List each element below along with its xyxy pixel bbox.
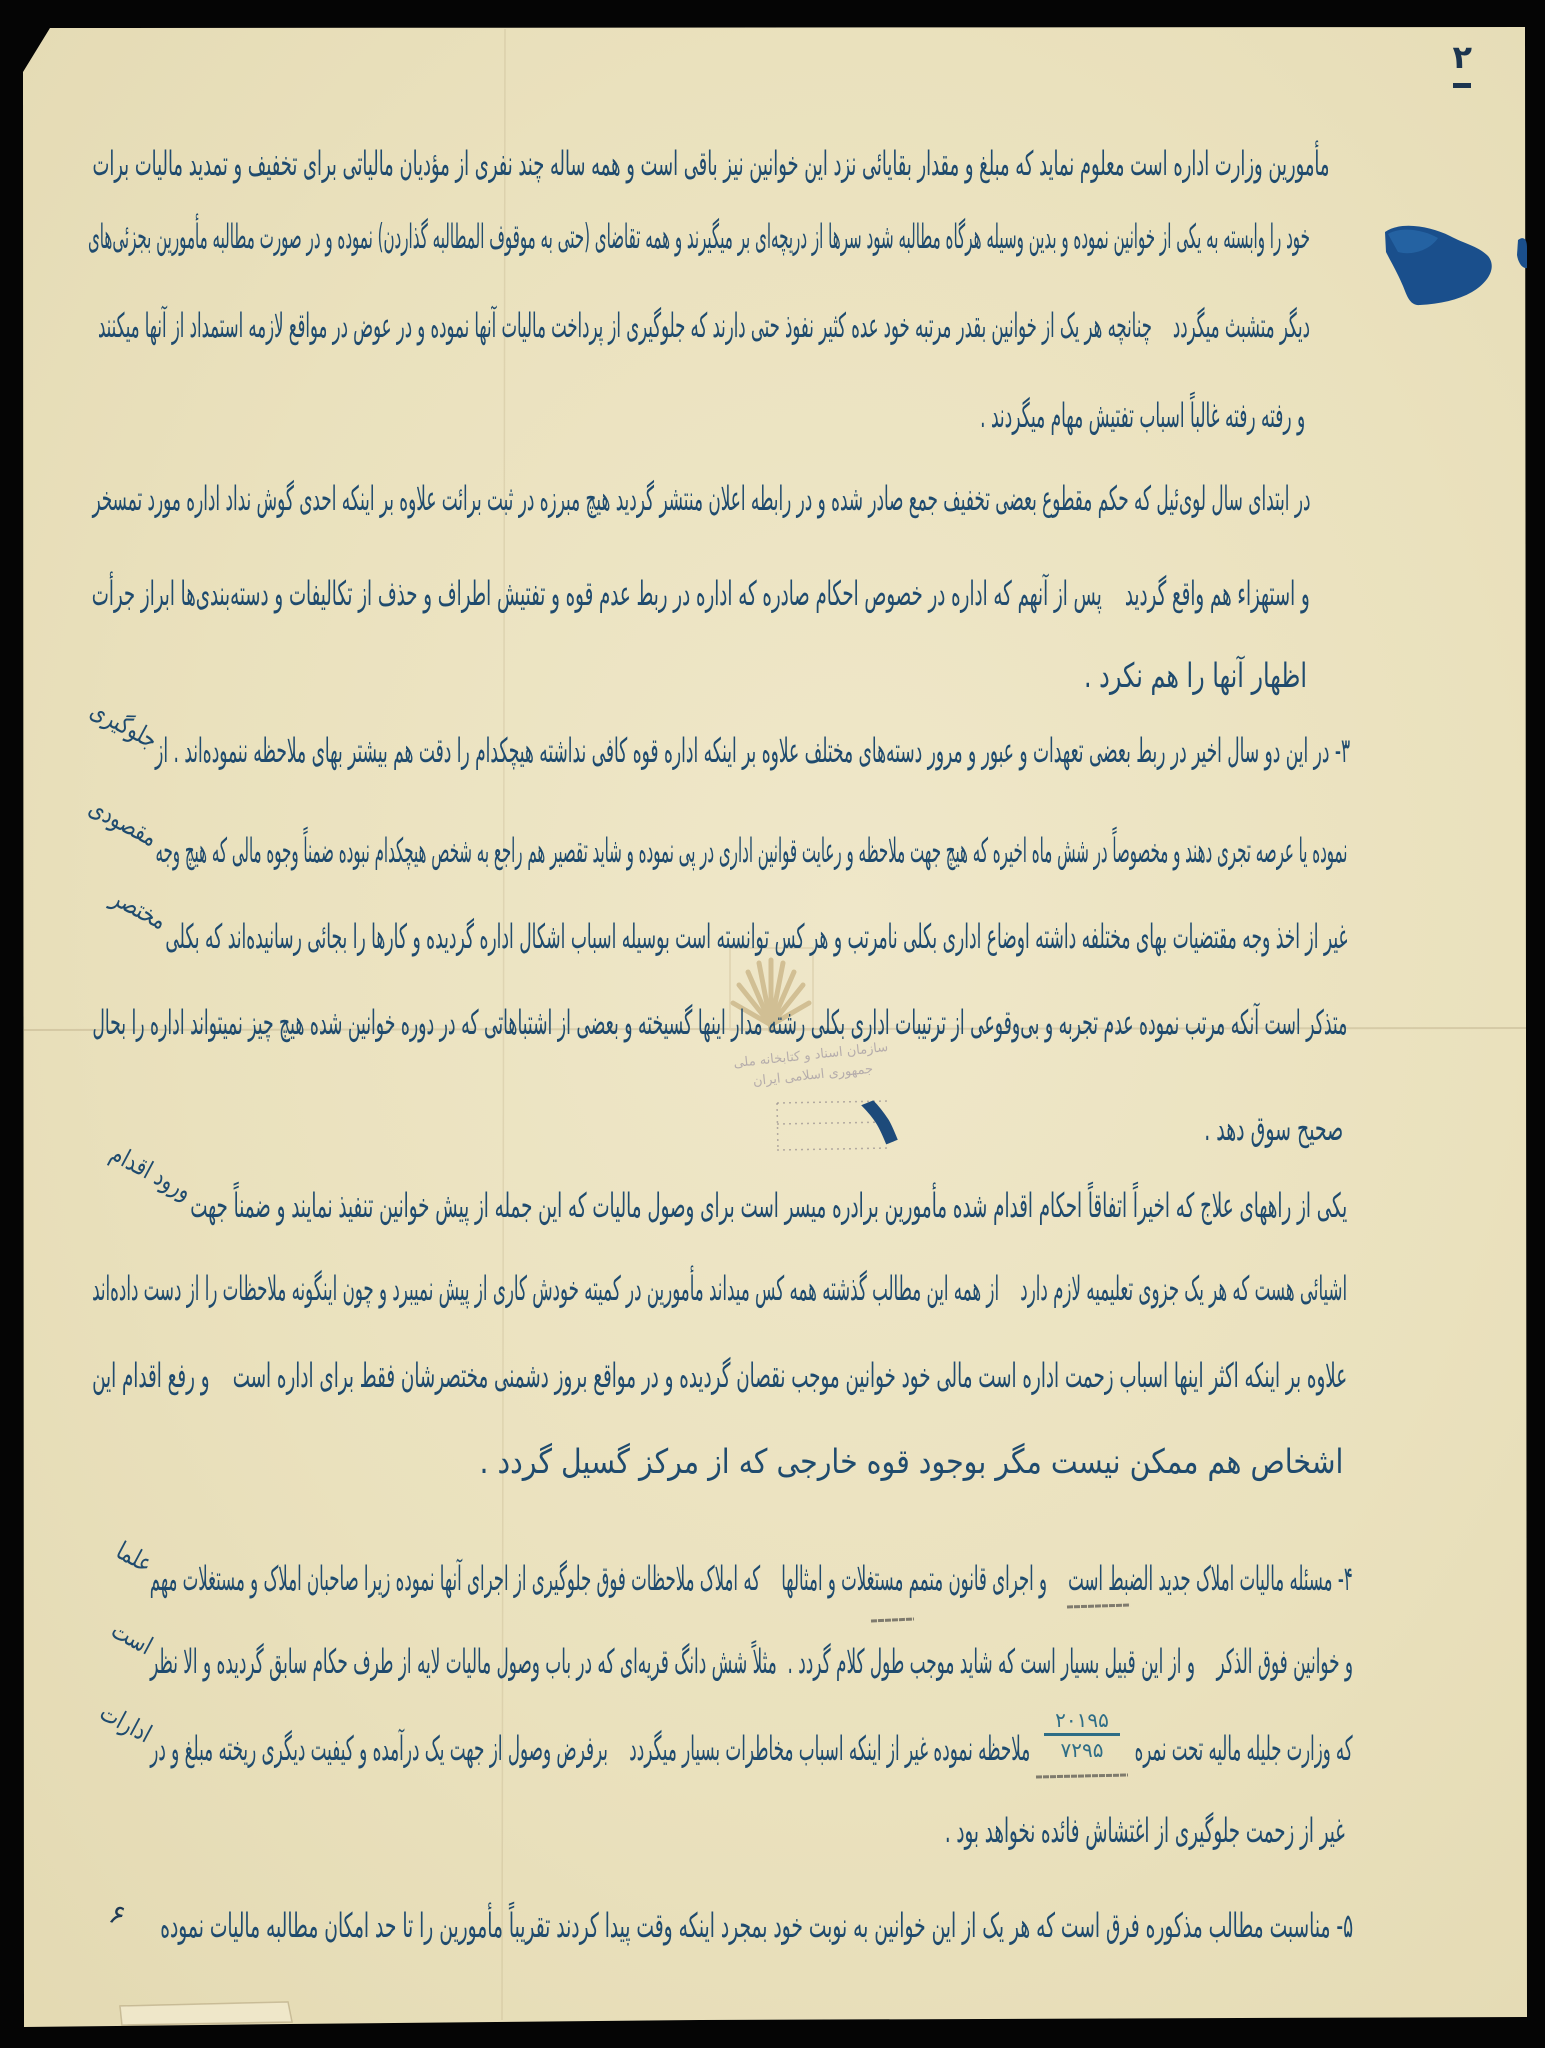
text-line: نموده یا عرصه تجری دهند و مخصوصاً در شش … bbox=[155, 822, 1347, 882]
text-line: اشخاص هم ممکن نیست مگر بوجود قوه خارجی ک… bbox=[479, 1433, 1343, 1493]
text-line: مأمورین وزارت اداره است معلوم نماید که م… bbox=[92, 135, 1329, 195]
scanned-page: ۲ مأمورین وزارت اداره است معلوم نماید که… bbox=[0, 0, 1545, 2048]
line-text: علاوه بر اینکه اکثر اینها اسباب زحمت ادا… bbox=[92, 1340, 1347, 1415]
text-line: و استهزاء هم واقع گردید پس از آنهم که اد… bbox=[92, 565, 1310, 625]
text-line: غیر از زحمت جلوگیری از اغتشاش فائده نخوا… bbox=[945, 1802, 1345, 1862]
text-line: ۵- مناسبت مطالب مذکوره فرق است که هر یک … bbox=[160, 1897, 1353, 1957]
text-line: یکی از راههای علاج که اخیراً اتفاقاً احک… bbox=[190, 1177, 1347, 1237]
line-text: ملاحظه نموده غیر از اینکه اسباب مخاطرات … bbox=[150, 1713, 1030, 1788]
text-line: و خوانین فوق الذکر و از این قبیل بسیار ا… bbox=[150, 1633, 1353, 1693]
line-text: دیگر متشبث میگردد چنانچه هر یک از خوانین… bbox=[98, 290, 1310, 365]
text-line: اشیائی هست که هر یک جزوی تعلیمیه لازم دا… bbox=[92, 1260, 1347, 1320]
reference-number: ۲۰۱۹۵ ۷۲۹۵ bbox=[1036, 1708, 1128, 1762]
reference-fraction-bar bbox=[1044, 1733, 1120, 1736]
line-text: نموده یا عرصه تجری دهند و مخصوصاً در شش … bbox=[155, 815, 1347, 890]
text-line: ۳- در این دو سال اخیر در ربط بعضی تعهدات… bbox=[155, 722, 1350, 782]
text-line: در ابتدای سال لوی‌ئیل که حکم مقطوع بعضی … bbox=[92, 470, 1310, 530]
line-text: متذکر است آنکه مرتب نموده عدم تجربه و بی… bbox=[92, 987, 1347, 1062]
text-line: غیر از اخذ وجه مقتضیات بهای مختلفه داشته… bbox=[165, 908, 1347, 968]
line-text: در ابتدای سال لوی‌ئیل که حکم مقطوع بعضی … bbox=[92, 463, 1310, 538]
page-number-underline bbox=[1453, 83, 1471, 88]
line-text: خود را وابسته به یکی از خوانین نموده و ب… bbox=[88, 201, 1310, 276]
line-text: اشیائی هست که هر یک جزوی تعلیمیه لازم دا… bbox=[92, 1253, 1347, 1328]
text-line: اظهار آنها را هم نکرد . bbox=[1084, 647, 1307, 707]
ink-blot bbox=[1385, 226, 1527, 305]
text-line: دیگر متشبث میگردد چنانچه هر یک از خوانین… bbox=[98, 297, 1310, 357]
line-text: ۴- مسئله مالیات املاک جدید الضبط است و ا… bbox=[150, 1543, 1353, 1618]
line-text: غیر از اخذ وجه مقتضیات بهای مختلفه داشته… bbox=[165, 901, 1347, 976]
line-text: که وزارت جلیله مالیه تحت نمره bbox=[1135, 1713, 1353, 1788]
line-text: یکی از راههای علاج که اخیراً اتفاقاً احک… bbox=[190, 1170, 1347, 1245]
torn-paper-patch bbox=[120, 2002, 292, 2025]
line-text: مأمورین وزارت اداره است معلوم نماید که م… bbox=[92, 128, 1329, 203]
text-line: ۴- مسئله مالیات املاک جدید الضبط است و ا… bbox=[150, 1550, 1353, 1610]
line-text: ۵- مناسبت مطالب مذکوره فرق است که هر یک … bbox=[160, 1890, 1353, 1965]
text-line: صحیح سوق دهد . bbox=[1204, 1100, 1343, 1160]
line-text: غیر از زحمت جلوگیری از اغتشاش فائده نخوا… bbox=[945, 1795, 1345, 1870]
reference-numerator: ۲۰۱۹۵ bbox=[1036, 1708, 1128, 1732]
page-number: ۲ bbox=[1452, 38, 1472, 76]
line-text: و خوانین فوق الذکر و از این قبیل بسیار ا… bbox=[150, 1626, 1353, 1701]
line-text: و استهزاء هم واقع گردید پس از آنهم که اد… bbox=[92, 558, 1310, 633]
text-line: متذکر است آنکه مرتب نموده عدم تجربه و بی… bbox=[92, 994, 1347, 1054]
reference-denominator: ۷۲۹۵ bbox=[1036, 1738, 1128, 1762]
line-text: صحیح سوق دهد . bbox=[1204, 1093, 1343, 1168]
line-text: ۳- در این دو سال اخیر در ربط بعضی تعهدات… bbox=[155, 715, 1350, 790]
text-line: علاوه بر اینکه اکثر اینها اسباب زحمت ادا… bbox=[92, 1347, 1347, 1407]
text-line-segment: که وزارت جلیله مالیه تحت نمره bbox=[1135, 1720, 1353, 1780]
text-line-segment: ملاحظه نموده غیر از اینکه اسباب مخاطرات … bbox=[150, 1720, 1030, 1780]
line-text: اشخاص هم ممکن نیست مگر بوجود قوه خارجی ک… bbox=[479, 1426, 1343, 1501]
line-text: و رفته رفته غالباً اسباب تفتیش مهام میگر… bbox=[980, 380, 1305, 455]
text-line: و رفته رفته غالباً اسباب تفتیش مهام میگر… bbox=[980, 387, 1305, 447]
line-text: اظهار آنها را هم نکرد . bbox=[1084, 640, 1307, 715]
text-line: خود را وابسته به یکی از خوانین نموده و ب… bbox=[88, 208, 1310, 268]
